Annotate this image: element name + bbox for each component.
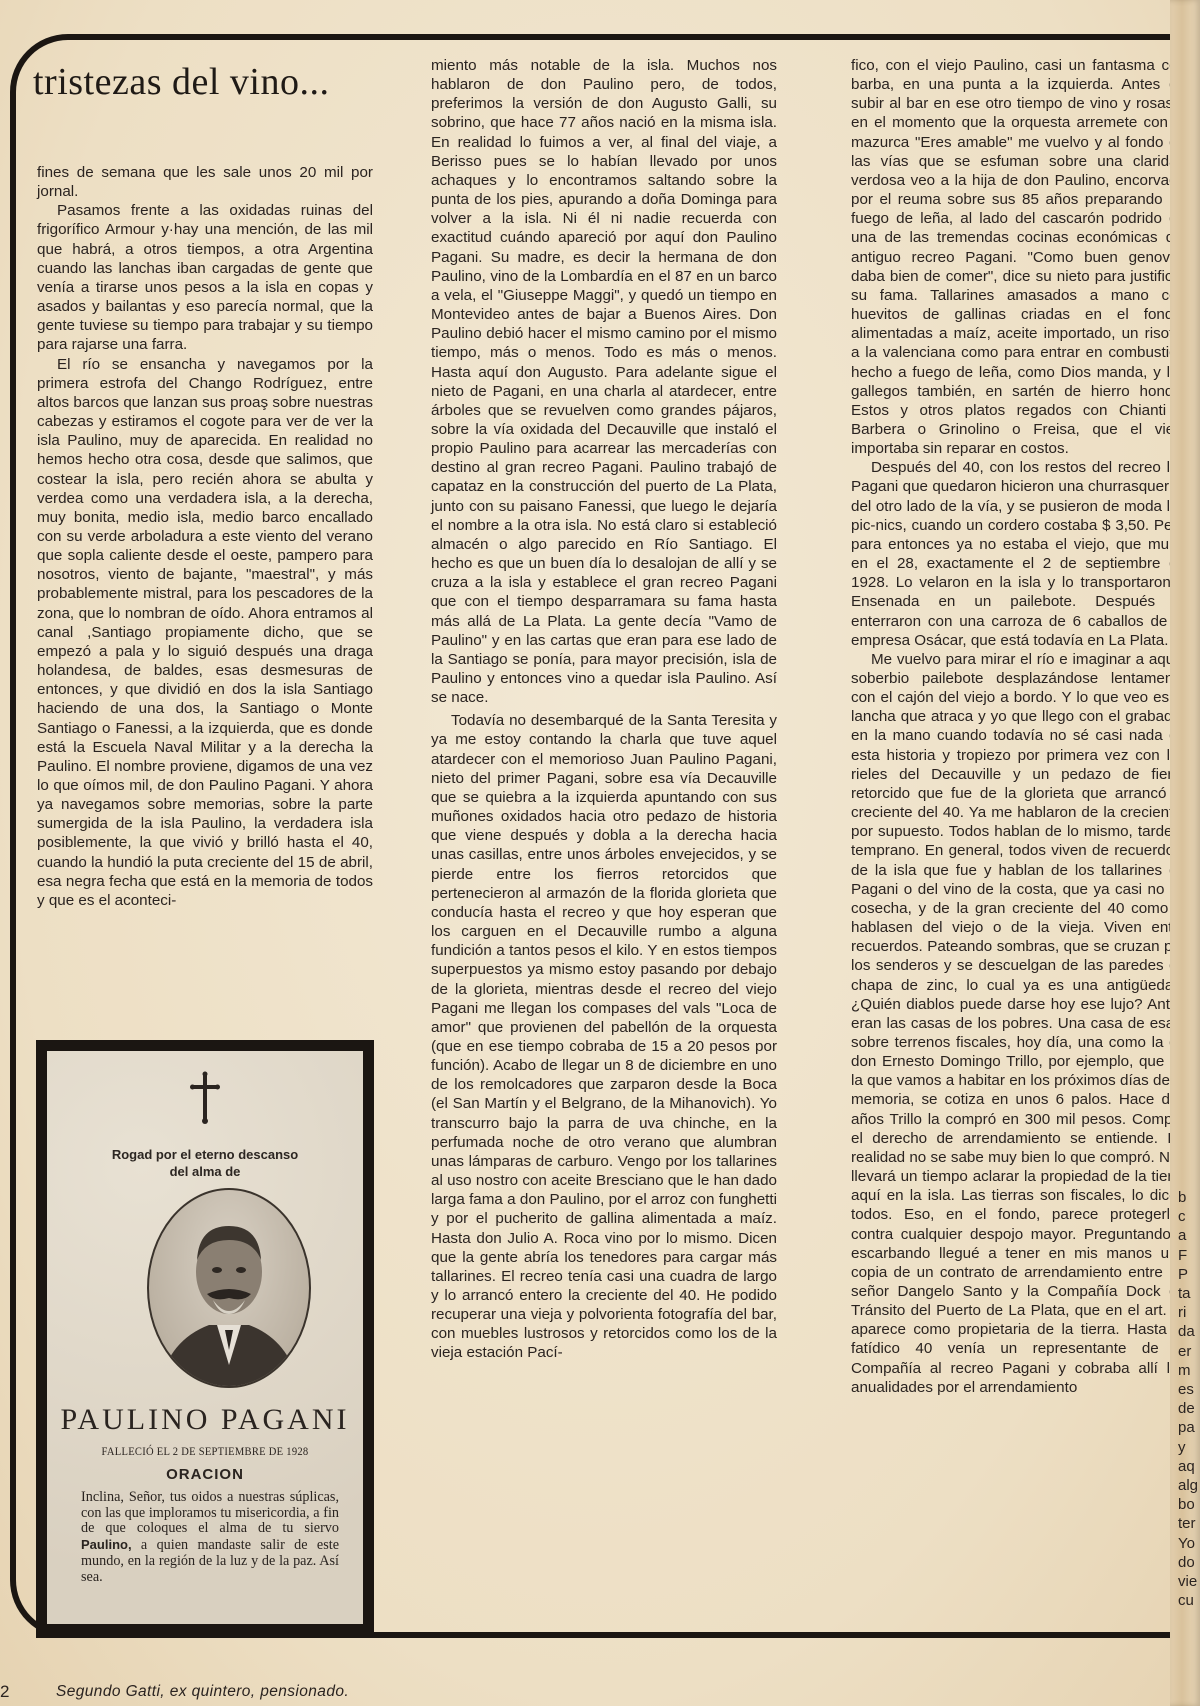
paragraph: Todavía no desembarqué de la Santa Teres… [431,711,777,1362]
fragment: m [1178,1361,1200,1380]
fragment: vie [1178,1572,1200,1591]
paragraph: Pasamos frente a las oxidadas ruinas del… [37,201,373,354]
photo-caption: Segundo Gatti, ex quintero, pensionado. [56,1683,349,1701]
text-column-2: miento más notable de la isla. Muchos no… [431,56,777,1363]
fragment: b [1178,1188,1200,1207]
paragraph: El río se ensancha y navegamos por la pr… [37,355,373,911]
fragment: do [1178,1553,1200,1572]
death-date: FALLECIÓ EL 2 DE SEPTIEMBRE DE 1928 [66,1444,344,1459]
fragment: de [1178,1399,1200,1418]
paragraph: miento más notable de la isla. Muchos no… [431,56,777,707]
fragment: c [1178,1207,1200,1226]
memorial-card: Rogad por el eterno descanso del alma de… [36,1040,374,1638]
prayer-request-line: del alma de [47,1163,363,1180]
prayer-text-name: Paulino, [81,1537,132,1552]
fragment: pa [1178,1418,1200,1437]
text-column-1: fines de semana que les sale unos 20 mil… [37,163,373,910]
page-number: 2 [0,1682,9,1702]
deceased-name: PAULINO PAGANI [47,1403,363,1437]
prayer-request: Rogad por el eterno descanso del alma de [47,1146,363,1180]
fragment: alg [1178,1476,1200,1495]
article-title: tristezas del vino... [33,60,329,104]
portrait-man-icon [149,1190,309,1386]
fragment: er [1178,1342,1200,1361]
fragment: Yo [1178,1534,1200,1553]
paragraph: Después del 40, con los restos del recre… [851,458,1171,650]
fragment: da [1178,1322,1200,1341]
text-column-3: fico, con el viejo Paulino, casi un fant… [851,56,1171,1676]
prayer-text: Inclina, Señor, tus oidos a nuestras súp… [81,1490,339,1585]
portrait-photo [147,1188,311,1388]
fragment: bo [1178,1495,1200,1514]
fragment: ta [1178,1284,1200,1303]
fragment: ri [1178,1303,1200,1322]
paragraph: fico, con el viejo Paulino, casi un fant… [851,56,1171,458]
fragment: a [1178,1226,1200,1245]
fragment: cu [1178,1591,1200,1610]
cross-icon [190,1071,220,1125]
prayer-text-part: Inclina, Señor, tus oidos a nuestras súp… [81,1489,339,1536]
paragraph: Me vuelvo para mirar el río e imaginar a… [851,650,1171,1397]
magazine-page: tristezas del vino... fines de semana qu… [0,0,1200,1706]
next-page-fragment: b c a F P ta ri da er m es de pa y aq al… [1178,1188,1200,1610]
prayer-request-line: Rogad por el eterno descanso [47,1146,363,1163]
prayer-title: ORACION [47,1466,363,1483]
fragment: F [1178,1246,1200,1265]
memorial-card-inner: Rogad por el eterno descanso del alma de… [47,1051,363,1624]
paragraph: fines de semana que les sale unos 20 mil… [37,163,373,201]
fragment: aq [1178,1457,1200,1476]
fragment: es [1178,1380,1200,1399]
fragment: P [1178,1265,1200,1284]
fragment: y [1178,1438,1200,1457]
fragment: ter [1178,1514,1200,1533]
